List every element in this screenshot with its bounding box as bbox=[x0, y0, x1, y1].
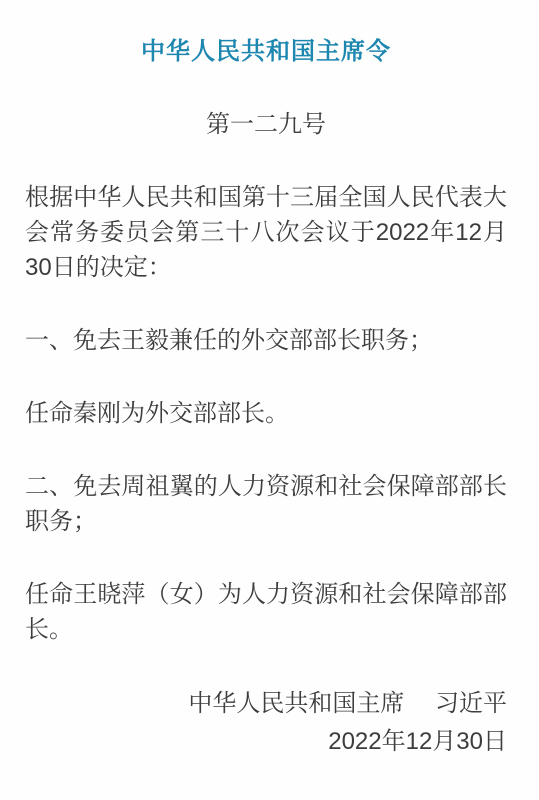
closing-block: 中华人民共和国主席 习近平 2022年12月30日 bbox=[25, 685, 507, 761]
document-title: 中华人民共和国主席令 bbox=[25, 34, 507, 69]
document-number: 第一二九号 bbox=[25, 107, 507, 142]
document-page: 中华人民共和国主席令 第一二九号 根据中华人民共和国第十三届全国人民代表大会常务… bbox=[0, 0, 539, 800]
paragraph-item-one-removal: 一、免去王毅兼任的外交部部长职务； bbox=[25, 323, 507, 358]
paragraph-item-two-appointment: 任命王晓萍（女）为人力资源和社会保障部部长。 bbox=[25, 577, 507, 647]
signature-line: 中华人民共和国主席 习近平 bbox=[25, 685, 507, 723]
paragraph-decision-basis: 根据中华人民共和国第十三届全国人民代表大会常务委员会第三十八次会议于2022年1… bbox=[25, 180, 507, 285]
paragraph-item-two-removal: 二、免去周祖翼的人力资源和社会保障部部长职务； bbox=[25, 469, 507, 539]
date-line: 2022年12月30日 bbox=[25, 723, 507, 761]
paragraph-item-one-appointment: 任命秦刚为外交部部长。 bbox=[25, 396, 507, 431]
